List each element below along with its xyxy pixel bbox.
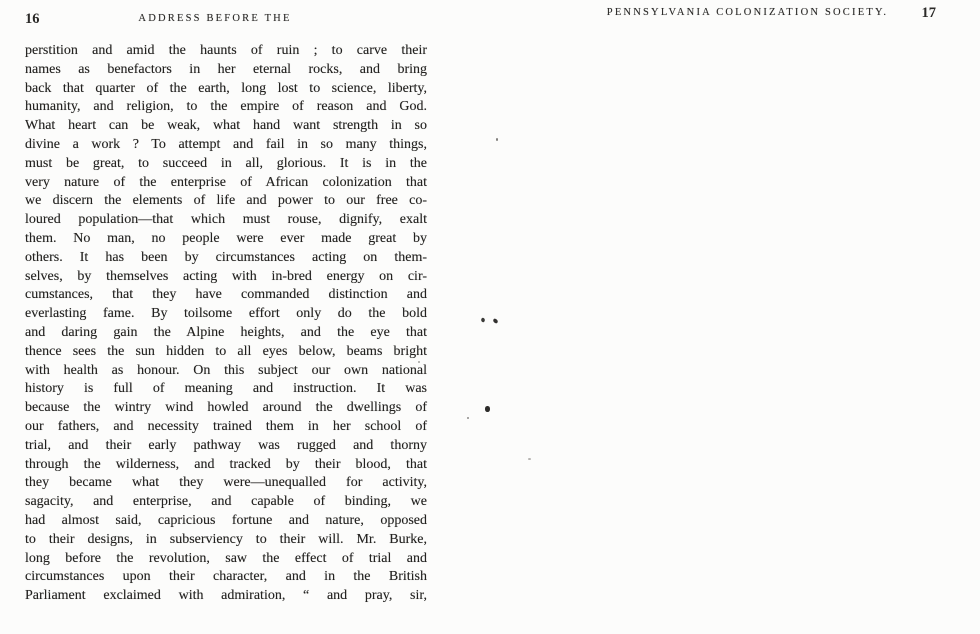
text-segment: humanity, and religion, to the empire of… — [25, 99, 427, 114]
text-line: we discern the elements of life and powe… — [25, 192, 427, 211]
text-line: and daring gain the Alpine heights, and … — [25, 324, 427, 343]
text-segment: through the wilderness, and tracked by t… — [25, 457, 427, 472]
text-line: because the wintry wind howled around th… — [25, 399, 427, 418]
scan-speck — [418, 361, 420, 363]
text-segment: must be great, to succeed in all, glorio… — [25, 156, 427, 171]
text-line: loured population—that which must rouse,… — [25, 211, 427, 230]
running-header-right: PENNSYLVANIA COLONIZATION SOCIETY. — [550, 7, 945, 18]
text-line: divine a work ? To attempt and fail in s… — [25, 136, 427, 155]
text-segment: to their designs, in subserviency to the… — [25, 532, 427, 547]
text-line: our fathers, and necessity trained them … — [25, 418, 427, 437]
text-line: them. No man, no people were ever made g… — [25, 230, 427, 249]
text-segment: very nature of the enterprise of African… — [25, 175, 427, 190]
text-segment: our fathers, and necessity trained them … — [25, 419, 427, 434]
text-segment: trial, and their early pathway was rugge… — [25, 438, 427, 453]
text-segment: circumstances upon their character, and … — [25, 569, 427, 584]
text-line: history is full of meaning and instructi… — [25, 380, 427, 399]
text-line: they became what they were—unequalled fo… — [25, 474, 427, 493]
text-line: humanity, and religion, to the empire of… — [25, 98, 427, 117]
text-segment: and daring gain the Alpine heights, and … — [25, 325, 427, 340]
text-line: long before the revolution, saw the effe… — [25, 550, 427, 569]
left-page: 16 ADDRESS BEFORE THE perstition and ami… — [0, 0, 490, 634]
text-line: very nature of the enterprise of African… — [25, 174, 427, 193]
right-page: PENNSYLVANIA COLONIZATION SOCIETY. 17 wh… — [490, 0, 980, 634]
text-segment: thence sees the sun hidden to all eyes b… — [25, 344, 427, 359]
text-line: circumstances upon their character, and … — [25, 568, 427, 587]
text-line: selves, by themselves acting with in-bre… — [25, 268, 427, 287]
text-line: sagacity, and enterprise, and capable of… — [25, 493, 427, 512]
text-segment: we discern the elements of life and powe… — [25, 193, 427, 208]
text-segment: names as benefactors in her eternal rock… — [25, 62, 427, 77]
text-line: trial, and their early pathway was rugge… — [25, 437, 427, 456]
text-segment: selves, by themselves acting with in-bre… — [25, 269, 427, 284]
text-line: to their designs, in subserviency to the… — [25, 531, 427, 550]
text-segment: loured population—that which must rouse,… — [25, 212, 427, 227]
text-segment: back that quarter of the earth, long los… — [25, 81, 427, 96]
text-line: through the wilderness, and tracked by t… — [25, 456, 427, 475]
running-header-left: ADDRESS BEFORE THE — [0, 13, 430, 24]
left-page-text: perstition and amid the haunts of ruin ;… — [25, 42, 427, 606]
text-line: perstition and amid the haunts of ruin ;… — [25, 42, 427, 61]
text-segment: they became what they were—unequalled fo… — [25, 475, 427, 490]
text-segment: sagacity, and enterprise, and capable of… — [25, 494, 427, 509]
scan-speck — [496, 138, 498, 141]
scan-speck — [467, 417, 469, 419]
text-line: thence sees the sun hidden to all eyes b… — [25, 343, 427, 362]
scan-speck — [528, 458, 531, 460]
text-segment: long before the revolution, saw the effe… — [25, 551, 427, 566]
text-segment: them. No man, no people were ever made g… — [25, 231, 427, 246]
text-line: must be great, to succeed in all, glorio… — [25, 155, 427, 174]
text-segment: everlasting fame. By toilsome effort onl… — [25, 306, 427, 321]
text-segment: history is full of meaning and instructi… — [25, 381, 427, 396]
text-segment: had almost said, capricious fortune and … — [25, 513, 427, 528]
scan-speck — [485, 406, 490, 412]
text-line: others. It has been by circumstances act… — [25, 249, 427, 268]
page-number-right: 17 — [922, 5, 937, 22]
text-line: cumstances, that they have commanded dis… — [25, 286, 427, 305]
text-line: with health as honour. On this subject o… — [25, 362, 427, 381]
text-line: had almost said, capricious fortune and … — [25, 512, 427, 531]
text-line: What heart can be weak, what hand want s… — [25, 117, 427, 136]
text-segment: cumstances, that they have commanded dis… — [25, 287, 427, 302]
text-segment: What heart can be weak, what hand want s… — [25, 118, 427, 133]
text-line: back that quarter of the earth, long los… — [25, 80, 427, 99]
text-line: everlasting fame. By toilsome effort onl… — [25, 305, 427, 324]
text-segment: others. It has been by circumstances act… — [25, 250, 427, 265]
text-segment: perstition and amid the haunts of ruin ;… — [25, 43, 427, 58]
text-segment: with health as honour. On this subject o… — [25, 363, 427, 378]
text-segment: because the wintry wind howled around th… — [25, 400, 427, 415]
text-segment: Parliament exclaimed with admiration, “ … — [25, 588, 427, 603]
book-spread: 16 ADDRESS BEFORE THE perstition and ami… — [0, 0, 980, 634]
text-line: Parliament exclaimed with admiration, “ … — [25, 587, 427, 606]
text-line: names as benefactors in her eternal rock… — [25, 61, 427, 80]
text-segment: divine a work ? To attempt and fail in s… — [25, 137, 427, 152]
